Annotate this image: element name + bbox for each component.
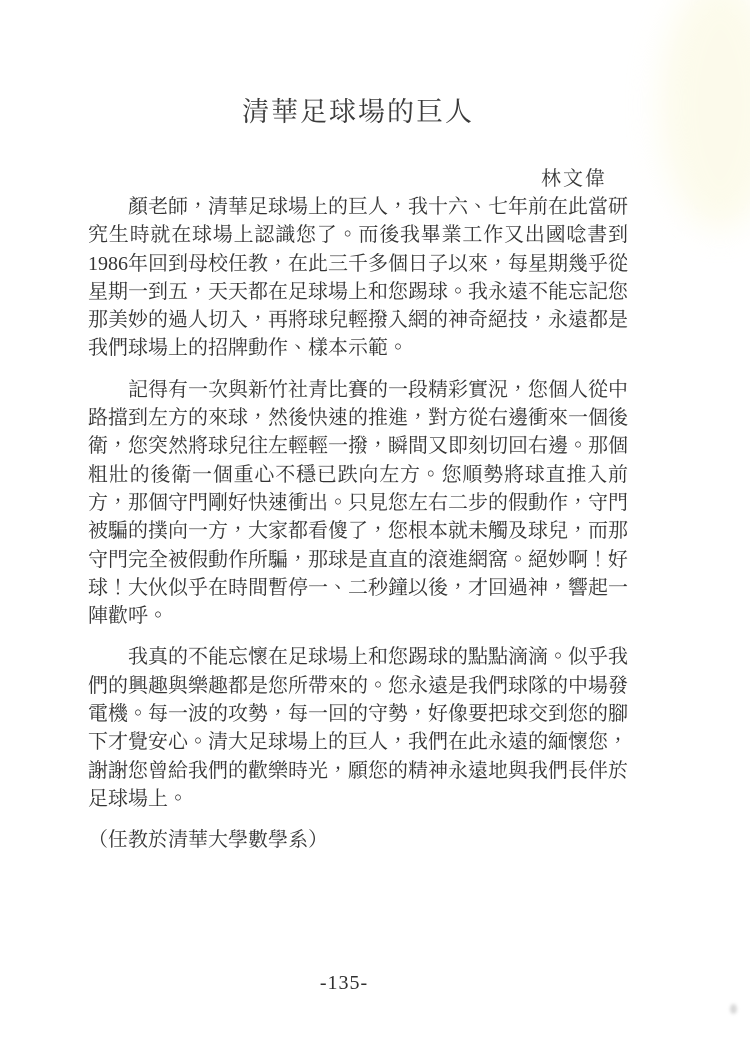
page-number: -135-: [88, 972, 600, 995]
body-paragraph-3: 我真的不能忘懷在足球場上和您踢球的點點滴滴。似乎我們的興趣與樂趣都是您所帶來的。…: [88, 643, 628, 813]
author-name: 林文偉: [88, 162, 607, 191]
document-page: 清華足球場的巨人 林文偉 顏老師，清華足球場上的巨人，我十六、七年前在此當研究生…: [0, 0, 750, 1060]
body-paragraph-1: 顏老師，清華足球場上的巨人，我十六、七年前在此當研究生時就在球場上認識您了。而後…: [88, 193, 628, 363]
scan-artifact-smudge: [730, 1004, 737, 1014]
essay-title: 清華足球場的巨人: [88, 90, 628, 129]
essay-body: 顏老師，清華足球場上的巨人，我十六、七年前在此當研究生時就在球場上認識您了。而後…: [88, 193, 628, 855]
scan-artifact-corner: [660, 0, 750, 230]
body-paragraph-2: 記得有一次與新竹社青比賽的一段精彩實況，您個人從中路擋到左方的來球，然後快速的推…: [88, 376, 628, 631]
author-affiliation: （任教於清華大學數學系）: [88, 826, 628, 854]
